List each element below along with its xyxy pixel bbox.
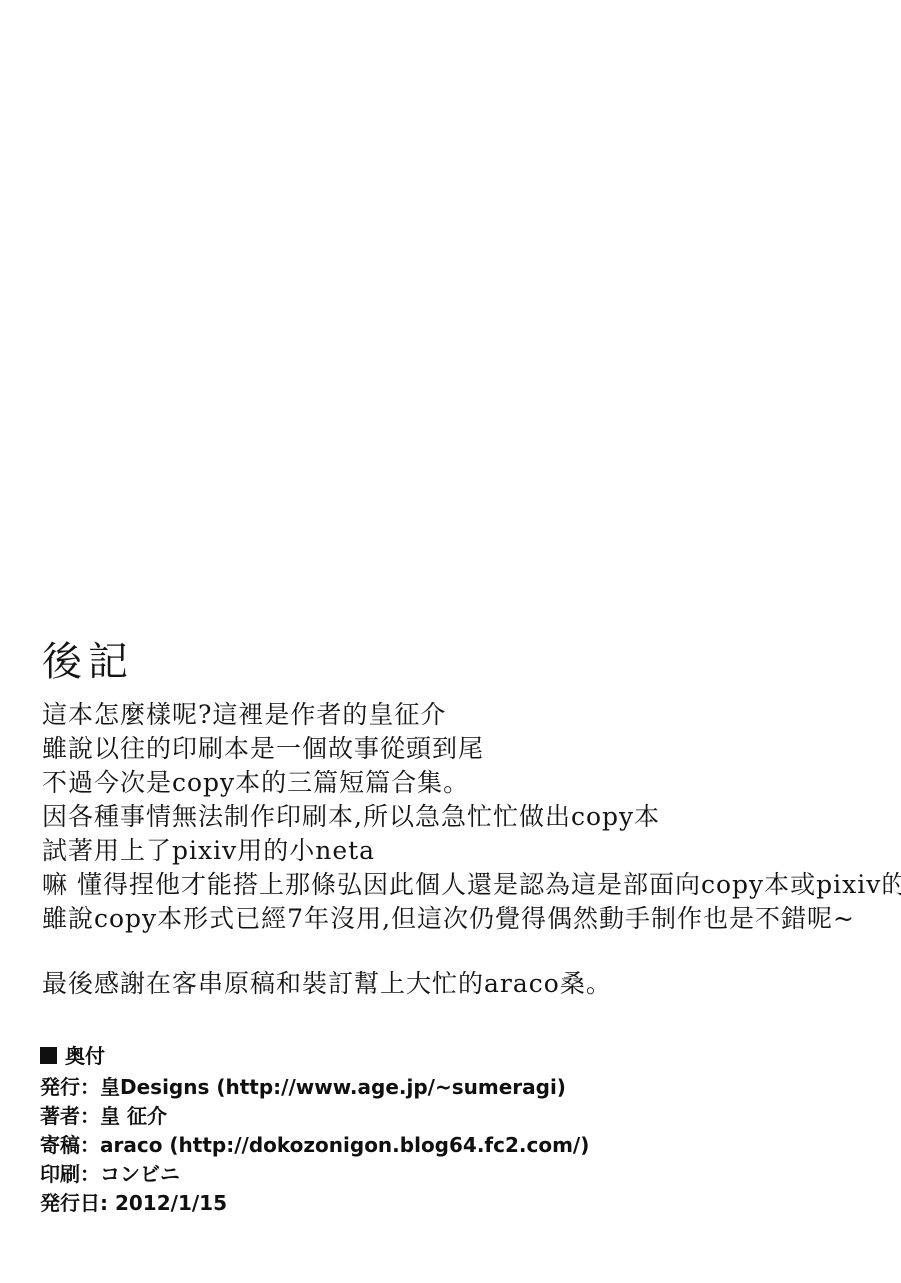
- colophon-entry-value: 皇 征介: [100, 1104, 167, 1128]
- colophon-entry-separator: :: [100, 1191, 115, 1215]
- colophon-entry-publisher: 発行：皇Designs (http://www.age.jp/~sumeragi…: [40, 1073, 589, 1102]
- colophon-entry-value: 2012/1/15: [115, 1191, 227, 1215]
- colophon-entry-label: 発行日: [40, 1191, 100, 1215]
- afterword-line: 雖說以往的印刷本是一個故事從頭到尾: [42, 732, 898, 766]
- colophon-entry-separator: ：: [80, 1104, 100, 1128]
- colophon-entry-publish-date: 発行日: 2012/1/15: [40, 1189, 589, 1218]
- colophon-entry-separator: ：: [80, 1133, 100, 1157]
- afterword-line: 因各種事情無法制作印刷本,所以急急忙忙做出copy本: [42, 800, 898, 834]
- colophon-entry-value: コンビニ: [100, 1162, 180, 1186]
- afterword-title: 後記: [42, 638, 898, 686]
- colophon-entry-author: 著者：皇 征介: [40, 1102, 589, 1131]
- colophon-entry-contributor: 寄稿：araco (http://dokozonigon.blog64.fc2.…: [40, 1131, 589, 1160]
- colophon-entry-separator: ：: [80, 1162, 100, 1186]
- colophon-entry-label: 印刷: [40, 1162, 80, 1186]
- colophon-entry-value: araco (http://dokozonigon.blog64.fc2.com…: [100, 1133, 589, 1157]
- colophon-entry-printer: 印刷：コンビニ: [40, 1160, 589, 1189]
- colophon-entry-separator: ：: [80, 1075, 100, 1099]
- square-bullet-icon: [40, 1047, 57, 1064]
- colophon-section: 奥付 発行：皇Designs (http://www.age.jp/~sumer…: [40, 1042, 589, 1218]
- afterword-line: 雖說copy本形式已經7年沒用,但這次仍覺得偶然動手制作也是不錯呢~: [42, 902, 898, 936]
- afterword-line: 嘛 懂得捏他才能搭上那條弘因此個人還是認為這是部面向copy本或pixiv的作品…: [42, 868, 898, 902]
- colophon-entry-label: 著者: [40, 1104, 80, 1128]
- afterword-section: 後記 這本怎麼樣呢?這裡是作者的皇征介 雖說以往的印刷本是一個故事從頭到尾 不過…: [42, 638, 898, 1001]
- colophon-entry-label: 発行: [40, 1075, 80, 1099]
- colophon-header-label: 奥付: [65, 1044, 105, 1068]
- afterword-thanks-line: 最後感謝在客串原稿和裝訂幫上大忙的araco桑。: [42, 967, 898, 1001]
- afterword-line: 試著用上了pixiv用的小neta: [42, 834, 898, 868]
- colophon-entry-label: 寄稿: [40, 1133, 80, 1157]
- scanned-afterword-page: 後記 這本怎麼樣呢?這裡是作者的皇征介 雖說以往的印刷本是一個故事從頭到尾 不過…: [0, 0, 901, 1283]
- colophon-entry-value: 皇Designs (http://www.age.jp/~sumeragi): [100, 1075, 566, 1099]
- afterword-line: 這本怎麼樣呢?這裡是作者的皇征介: [42, 698, 898, 732]
- colophon-header: 奥付: [40, 1042, 589, 1071]
- afterword-line: 不過今次是copy本的三篇短篇合集。: [42, 766, 898, 800]
